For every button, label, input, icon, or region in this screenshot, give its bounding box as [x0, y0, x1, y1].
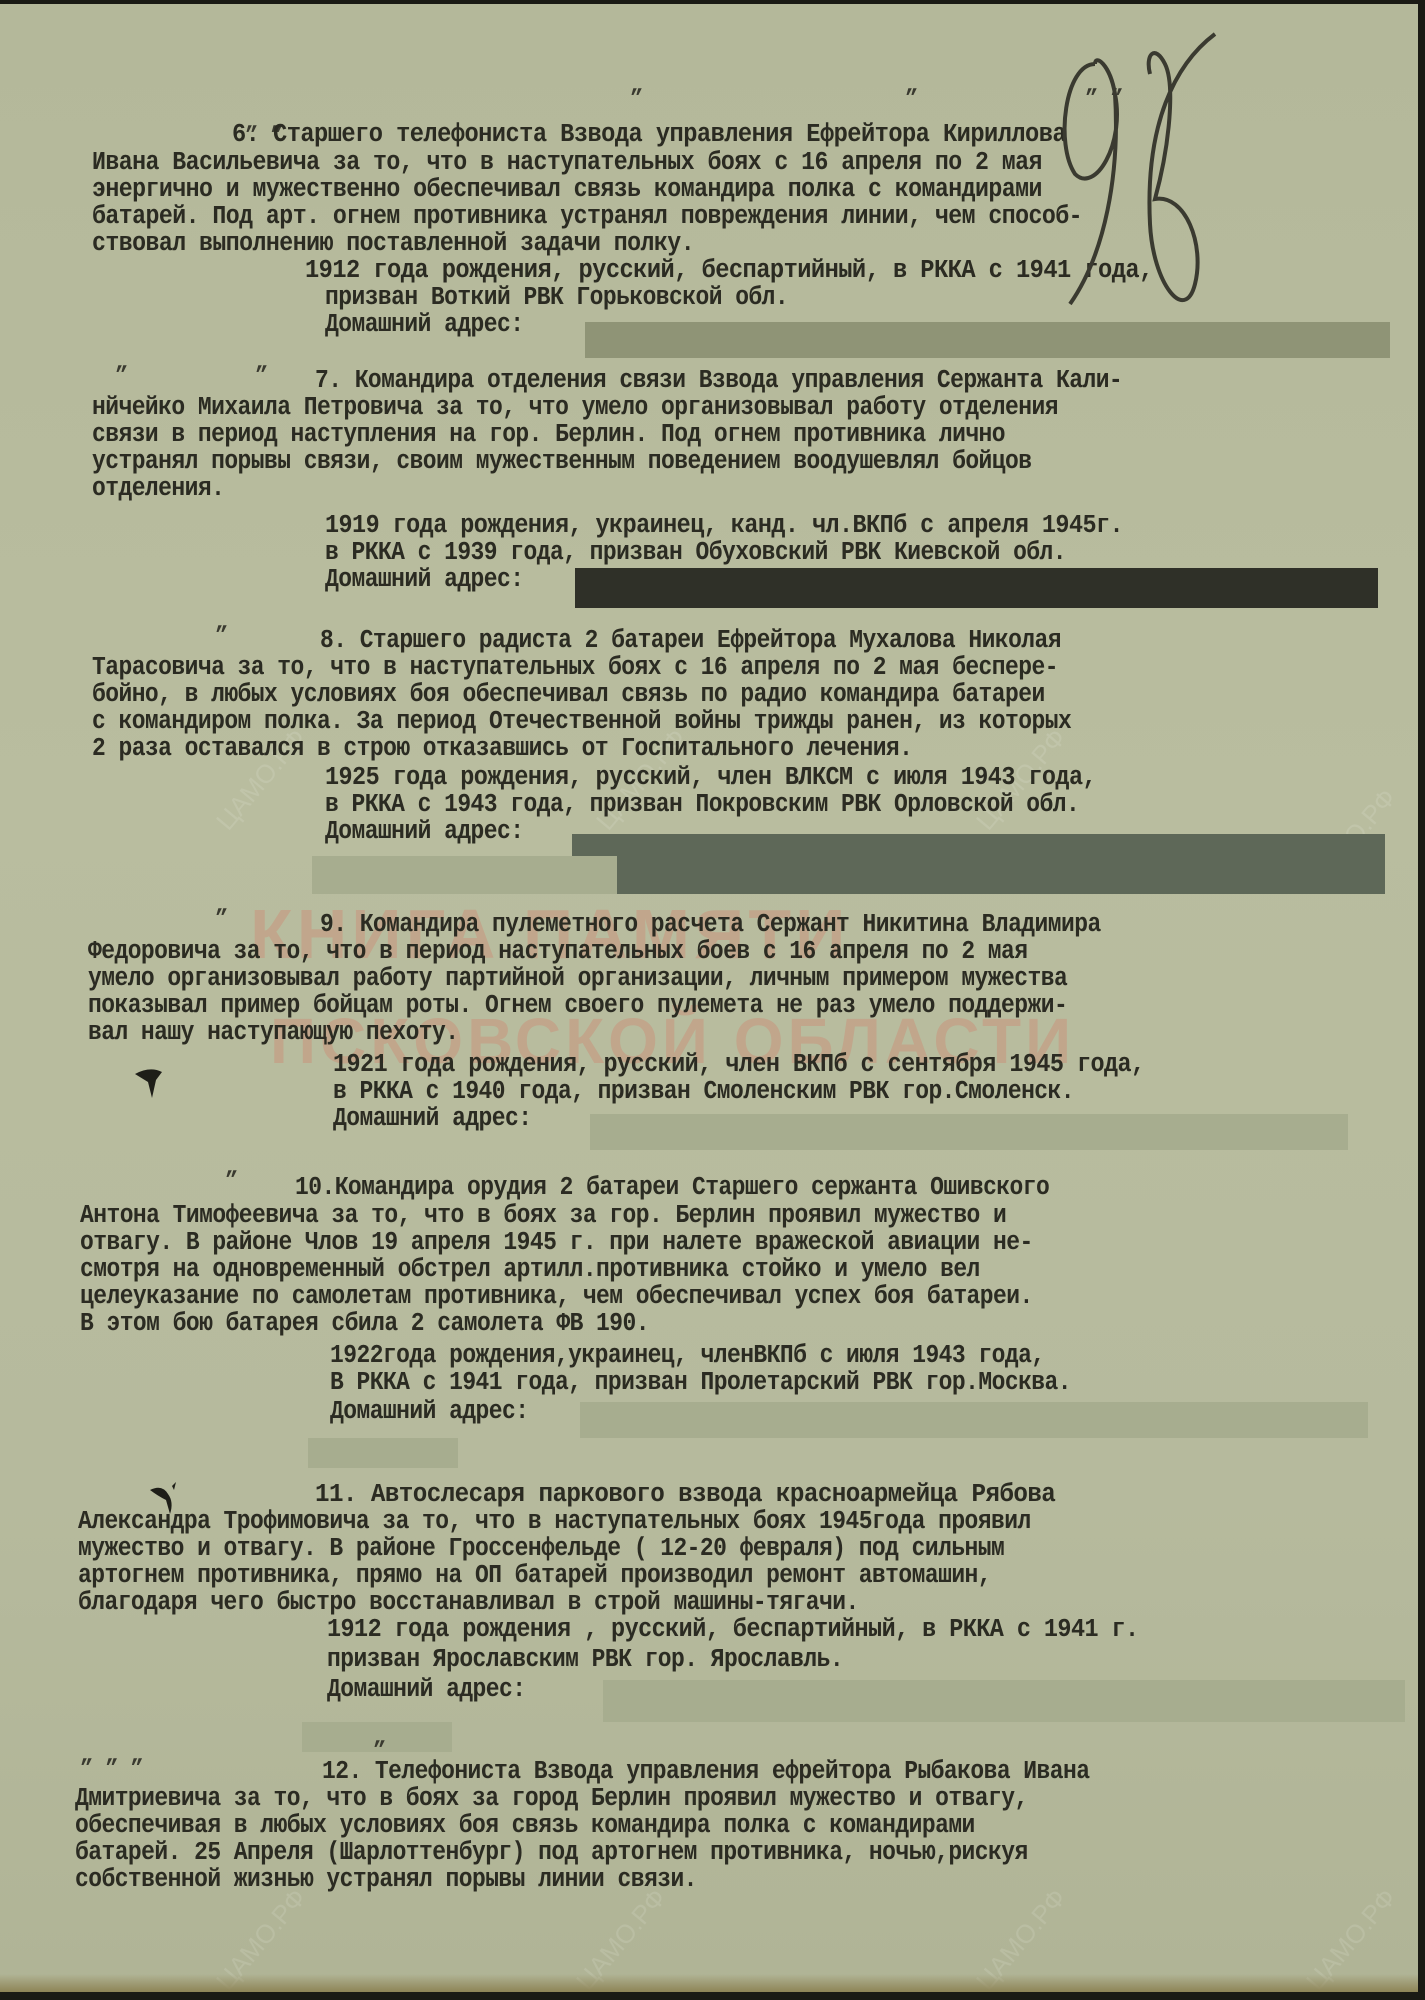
entry-7-line-1-text: 7. Командира отделения связи Взвода упра… [315, 366, 1122, 395]
redacted-address [575, 568, 1378, 608]
redacted-address [312, 856, 617, 894]
entry-10-line-6: В этом бою батарея сбила 2 самолета ФВ 1… [80, 1310, 649, 1338]
entry-6-address-label: Домашний адрес: [325, 311, 523, 339]
entry-10-line-1: 10.Командира орудия 2 батареи Старшего с… [295, 1174, 1049, 1202]
redacted-address [308, 1438, 458, 1468]
entry-12-line-1: 12. Телефониста Взвода управления ефрейт… [322, 1758, 1089, 1786]
entry-10-line-3: отвагу. В районе Члов 19 апреля 1945 г. … [80, 1229, 1033, 1257]
ditto-mark: „ [630, 72, 643, 100]
entry-9-bio-1: 1921 года рождения, русский, член ВКПб с… [333, 1051, 1145, 1079]
entry-6-line-1: 6. Старшего телефониста Взвода управлени… [232, 121, 1066, 149]
entry-7-line-1: 7. Командира отделения связи Взвода упра… [315, 367, 1122, 395]
entry-6-bio-2: призван Воткий РВК Горьковской обл. [325, 284, 788, 312]
entry-9-address-label: Домашний адрес: [333, 1105, 531, 1133]
entry-11-bio-2: призван Ярославским РВК гор. Ярославль. [327, 1646, 843, 1674]
entry-9-line-1: 9. Командира пулеметного расчета Сержант… [320, 911, 1101, 939]
entry-12-line-4: батарей. 25 Апреля (Шарлоттенбург) под а… [75, 1839, 1028, 1867]
entry-11-address-label: Домашний адрес: [327, 1676, 525, 1704]
entry-10-address-label: Домашний адрес: [330, 1398, 528, 1426]
entry-7-line-3: связи в период наступления на гор. Берли… [92, 421, 1005, 449]
redacted-address [603, 1680, 1405, 1722]
entry-9-line-3: умело организовывал работу партийной орг… [88, 965, 1067, 993]
entry-10-line-2: Антона Тимофеевича за то, что в боях за … [80, 1202, 1006, 1230]
ink-blot-mark [130, 1066, 170, 1106]
entry-11-line-5: благодаря чего быстро восстанавливал в с… [78, 1589, 859, 1617]
ditto-mark: „ [373, 1724, 386, 1752]
entry-9-line-2: Федоровича за то, что в период наступате… [88, 938, 1028, 966]
entry-10-bio-2: В РККА с 1941 года, призван Пролетарский… [330, 1369, 1071, 1397]
ditto-mark: „ [255, 349, 268, 377]
entry-6-line-5: ствовал выполнению поставленной задачи п… [92, 230, 694, 258]
entry-7-bio-1: 1919 года рождения, украинец, канд. чл.В… [325, 512, 1123, 540]
entry-12-line-3: обеспечивая в любых условиях боя связь к… [75, 1812, 975, 1840]
entry-11-line-1: 11. Автослесаря паркового взвода красноа… [315, 1481, 1055, 1509]
ditto-mark: „ [905, 72, 918, 100]
entry-8-line-5: 2 раза оставался в строю отказавшись от … [92, 735, 912, 763]
entry-7-bio-2: в РККА с 1939 года, призван Обуховский Р… [325, 539, 1066, 567]
handwritten-page-number [1035, 24, 1235, 324]
entry-10-line-4: смотря на одновременный обстрел артилл.п… [80, 1256, 980, 1284]
ditto-mark: „ [225, 1154, 238, 1182]
entry-11-bio-1: 1912 года рождения , русский, беспартийн… [327, 1616, 1139, 1644]
ditto-mark: „ „ „ [80, 1742, 143, 1770]
entry-8-line-2: Тарасовича за то, что в наступательных б… [92, 654, 1058, 682]
entry-6-bio-1: 1912 года рождения, русский, беспартийны… [305, 257, 1153, 285]
entry-8-bio-1: 1925 года рождения, русский, член ВЛКСМ … [325, 764, 1096, 792]
entry-12-line-2: Дмитриевича за то, что в боях за город Б… [75, 1785, 1028, 1813]
entry-8-line-3: бойно, в любых условиях боя обеспечивал … [92, 681, 1045, 709]
entry-7-address-label: Домашний адрес: [325, 566, 523, 594]
entry-6-line-4: батарей. Под арт. огнем противника устра… [92, 203, 1082, 231]
ditto-mark: „ [215, 609, 228, 637]
entry-9-line-4: показывал пример бойцам роты. Огнем свое… [88, 992, 1067, 1020]
entry-12-line-5: собственной жизнью устранял порывы линии… [75, 1866, 697, 1894]
entry-6-line-2: Ивана Васильевича за то, что в наступате… [92, 149, 1042, 177]
entry-11-line-4: артогнем противника, прямо на ОП батарей… [78, 1562, 991, 1590]
entry-9-line-5: вал нашу наступающую пехоту. [88, 1019, 459, 1047]
entry-10-bio-1: 1922года рождения,украинец, членВКПб с и… [330, 1342, 1045, 1370]
entry-9-bio-2: в РККА с 1940 года, призван Смоленским Р… [333, 1078, 1074, 1106]
entry-8-line-1: 8. Старшего радиста 2 батареи Ефрейтора … [320, 627, 1061, 655]
entry-10-line-5: целеуказание по самолетам противника, че… [80, 1283, 1033, 1311]
entry-7-line-2: нйчейко Михаила Петровича за то, что уме… [92, 394, 1058, 422]
entry-6-line-3: энергично и мужественно обеспечивал связ… [92, 176, 1042, 204]
entry-8-address-label: Домашний адрес: [325, 818, 523, 846]
redacted-address [572, 834, 1385, 856]
entry-8-bio-2: в РККА с 1943 года, призван Покровским Р… [325, 791, 1079, 819]
entry-8-line-4: с командиром полка. За период Отечествен… [92, 708, 1071, 736]
ditto-mark: „ [115, 349, 128, 377]
archive-document-page: КНИГА ПАМЯТИ ПСКОВСКОЙ ОБЛАСТИ ЦАМО.РФ Ц… [0, 4, 1418, 1992]
entry-11-line-2: Александра Трофимовича за то, что в наст… [78, 1508, 1031, 1536]
entry-7-line-5: отделения. [92, 475, 224, 503]
redacted-address [617, 856, 1385, 894]
redacted-address [580, 1402, 1368, 1438]
ditto-mark: „ [215, 892, 228, 920]
redacted-address [590, 1114, 1348, 1150]
redacted-address [585, 322, 1390, 358]
entry-7-line-4: устранял порывы связи, своим мужественны… [92, 448, 1032, 476]
entry-11-line-3: мужество и отвагу. В районе Гроссенфельд… [78, 1535, 1004, 1563]
